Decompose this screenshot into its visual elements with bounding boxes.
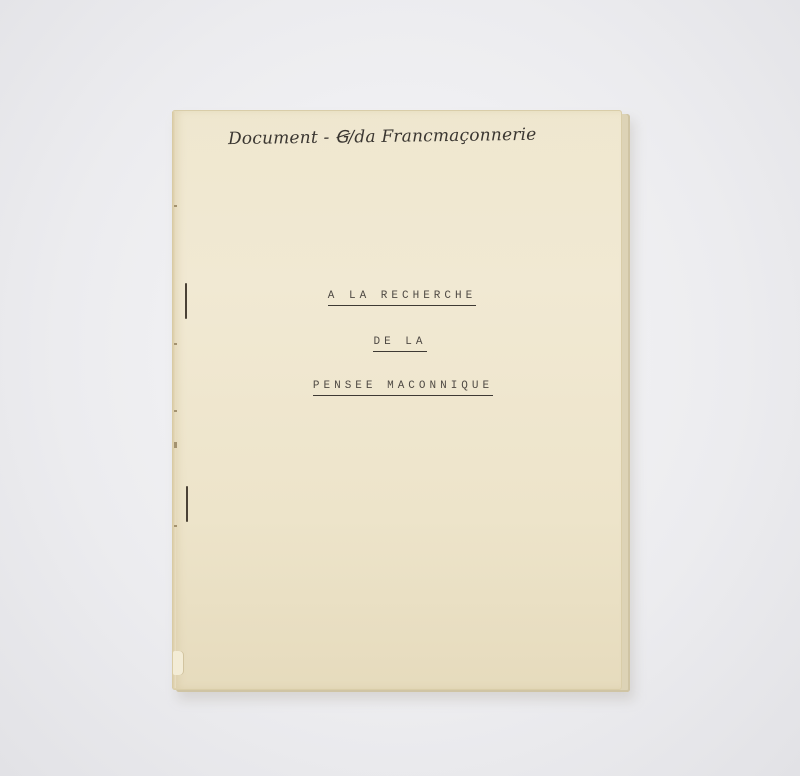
torn-corner — [173, 651, 183, 675]
binding-mark — [174, 205, 177, 207]
handwritten-note: Document - Ꞡ/da Francmaçonnerie — [228, 125, 528, 149]
title-line-1: A LA RECHERCHE — [2, 290, 800, 306]
title-text-1: A LA RECHERCHE — [328, 290, 476, 306]
title-text-2: DE LA — [373, 336, 426, 352]
title-line-3: PENSEE MACONNIQUE — [3, 380, 800, 396]
booklet-spine-edge — [172, 112, 176, 688]
binding-mark — [174, 442, 177, 448]
binding-mark — [174, 410, 177, 412]
binding-mark — [174, 525, 177, 527]
booklet-cover — [172, 110, 622, 690]
title-text-3: PENSEE MACONNIQUE — [313, 380, 493, 396]
title-line-2: DE LA — [0, 336, 800, 352]
staple-icon — [186, 486, 188, 522]
